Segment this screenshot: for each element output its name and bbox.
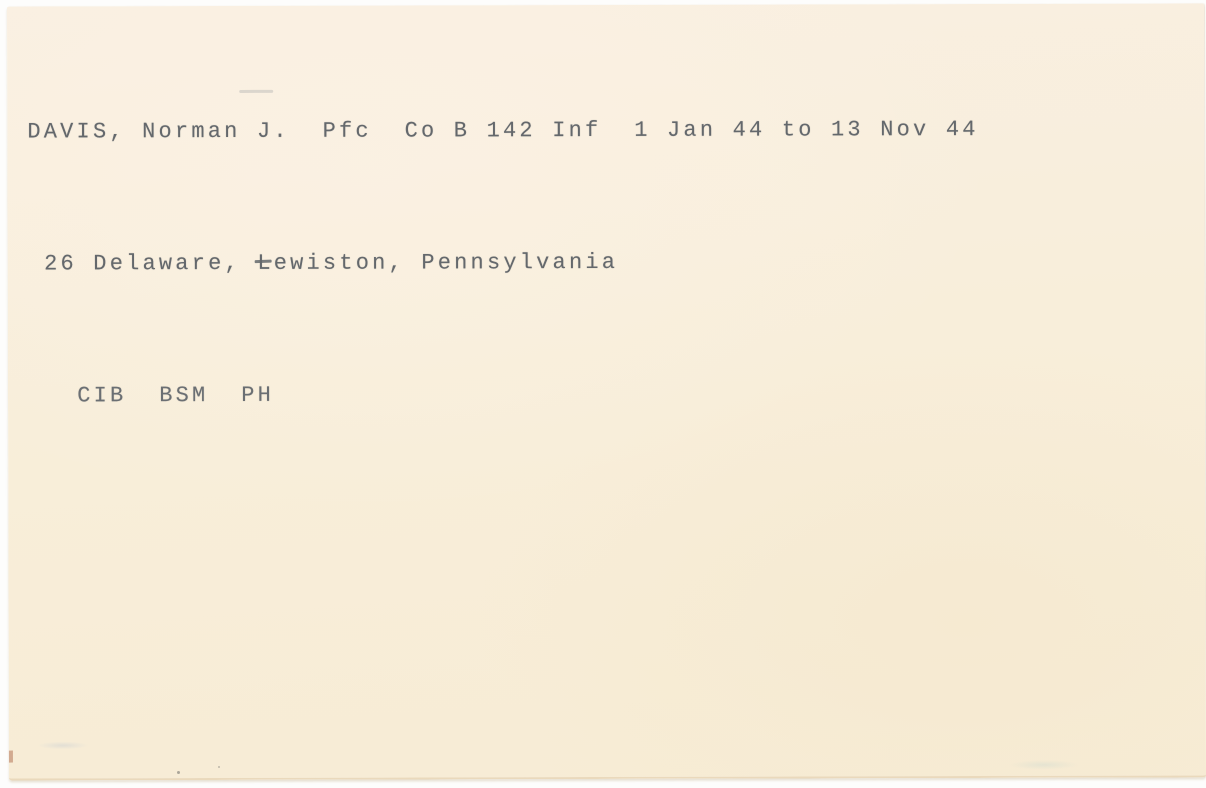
overstruck-letter: L: [257, 247, 273, 280]
paper-smudge: [1009, 760, 1079, 770]
index-card: DAVIS, Norman J. Pfc Co B 142 Inf 1 Jan …: [7, 3, 1206, 780]
edge-mark: [9, 751, 13, 763]
typewritten-text-block: DAVIS, Norman J. Pfc Co B 142 Inf 1 Jan …: [27, 14, 980, 511]
awards-text: CIB BSM PH: [28, 383, 274, 409]
address-line: 26 Delaware, Lewiston, Pennsylvania: [28, 245, 979, 280]
awards-line: CIB BSM PH: [28, 377, 979, 412]
service-record-text: DAVIS, Norman J. Pfc Co B 142 Inf 1 Jan …: [27, 117, 978, 144]
address-prefix: 26 Delaware,: [28, 251, 258, 277]
service-record-line: DAVIS, Norman J. Pfc Co B 142 Inf 1 Jan …: [27, 113, 978, 148]
scanned-document: DAVIS, Norman J. Pfc Co B 142 Inf 1 Jan …: [0, 0, 1206, 788]
paper-smudge: [37, 741, 89, 749]
address-suffix: ewiston, Pennsylvania: [274, 250, 619, 276]
